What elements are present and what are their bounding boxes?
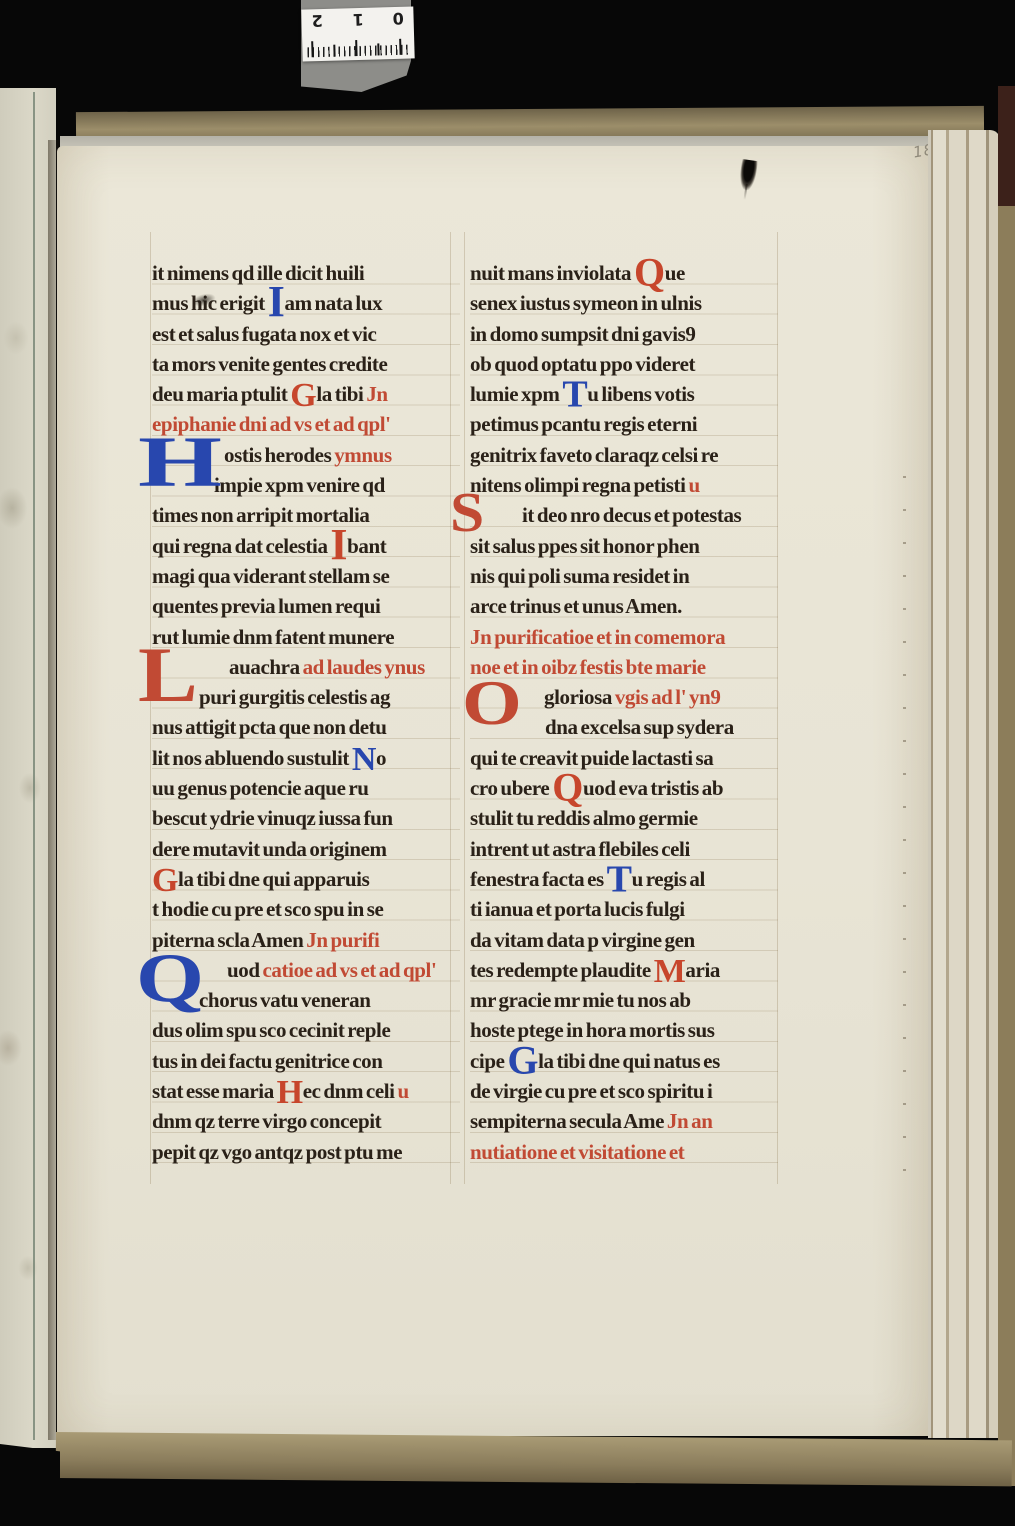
text-segment: est et salus fugata nox et vic — [152, 322, 376, 346]
text-segment: uu genus potencie aque ru — [152, 776, 369, 800]
text-segment: u — [397, 1079, 408, 1103]
text-segment: tus in dei factu genitrice con — [152, 1049, 383, 1073]
photo-background: { "photo": { "folio_number": "182", "rul… — [0, 0, 1015, 1526]
text-line: auachra ad laudes ynus — [152, 652, 460, 682]
text-segment: intrent ut astra flebiles celi — [470, 837, 690, 861]
text-segment: auachra — [229, 655, 303, 679]
text-segment: nutiatione et visitatione et — [470, 1140, 684, 1164]
text-line: stat esse maria Hec dnm celi u — [152, 1076, 460, 1106]
text-segment: sempiterna secula Ame — [470, 1109, 667, 1133]
ruler-label: 1 — [352, 10, 364, 29]
ruler-tick-major — [355, 40, 357, 56]
text-segment: uod — [227, 958, 263, 982]
text-line: ta mors venite gentes credite — [152, 349, 460, 379]
text-segment: genitrix faveto claraqz celsi re — [470, 443, 718, 467]
text-segment: dnm qz terre virgo concepit — [152, 1109, 381, 1133]
text-segment: petimus pcantu regis eterni — [470, 412, 697, 436]
text-line: genitrix faveto claraqz celsi re — [470, 440, 778, 470]
text-line: t hodie cu pre et sco spu in se — [152, 894, 460, 924]
text-segment: t hodie cu pre et sco spu in se — [152, 897, 383, 921]
background-wedge — [0, 1444, 60, 1526]
ruler-tick-mid — [377, 43, 379, 55]
text-segment: uod eva tristis ab — [583, 776, 723, 800]
text-segment: it deo nro decus et potestas — [522, 503, 741, 527]
text-segment: de virgie cu pre et sco spiritu i — [470, 1079, 712, 1103]
drop-initial: Q — [136, 947, 204, 1010]
text-segment: nuit mans inviolata — [470, 261, 634, 285]
inline-initial: G — [290, 377, 316, 414]
book-cover-fore-edge — [998, 86, 1015, 1486]
text-line: de virgie cu pre et sco spiritu i — [470, 1076, 778, 1106]
text-segment: dere mutavit unda originem — [152, 837, 387, 861]
text-line: Gla tibi dne qui apparuis — [152, 864, 460, 894]
text-segment: tes redempte plaudite — [470, 958, 654, 982]
text-segment: ec dnm celi — [303, 1079, 398, 1103]
text-segment: u libens votis — [587, 382, 694, 406]
text-line: it deo nro decus et potestas — [470, 500, 778, 530]
text-line: times non arripit mortalia — [152, 500, 460, 530]
text-line: uu genus potencie aque ru — [152, 773, 460, 803]
text-line: pepit qz vgo antqz post ptu me — [152, 1137, 460, 1167]
inline-initial: H — [277, 1074, 303, 1111]
text-segment: nitens olimpi regna petisti — [470, 473, 688, 497]
text-segment: ue — [665, 261, 685, 285]
text-line: qui te creavit puide lactasti sa — [470, 743, 778, 773]
text-segment: sit salus ppes sit honor phen — [470, 534, 700, 558]
text-segment: aria — [685, 958, 720, 982]
text-segment: lit nos abluendo sustulit — [152, 746, 352, 770]
text-segment: ad laudes ynus — [303, 655, 425, 679]
text-segment: impie xpm venire qd — [214, 473, 385, 497]
text-segment: dus olim spu sco cecinit reple — [152, 1018, 390, 1042]
text-line: nus attigit pcta que non detu — [152, 712, 460, 742]
text-segment: stat esse maria — [152, 1079, 277, 1103]
text-line: dus olim spu sco cecinit reple — [152, 1015, 460, 1045]
text-line: nitens olimpi regna petisti u — [470, 470, 778, 500]
text-segment: ti ianua et porta lucis fulgi — [470, 897, 685, 921]
text-segment: deu maria ptulit — [152, 382, 290, 406]
text-line: in domo sumpsit dni gavis9 — [470, 319, 778, 349]
text-segment: ymnus — [334, 443, 392, 467]
text-line: puri gurgitis celestis ag — [152, 682, 460, 712]
text-segment: lumie xpm — [470, 382, 562, 406]
text-line: Jn purificatioe et in comemora — [470, 622, 778, 652]
text-line: dere mutavit unda originem — [152, 834, 460, 864]
text-line: magi qua viderant stellam se — [152, 561, 460, 591]
text-segment: in domo sumpsit dni gavis9 — [470, 322, 696, 346]
text-segment: dna excelsa sup sydera — [545, 715, 734, 739]
text-segment: catioe ad vs et ad qpl' — [263, 958, 437, 982]
left-text-column: it nimens qd ille dicit huilimus hic eri… — [152, 258, 460, 1167]
text-segment: arce trinus et unus Amen. — [470, 594, 682, 618]
drop-initial: H — [138, 430, 221, 495]
text-segment: cro ubere — [470, 776, 552, 800]
text-segment: Jn purifi — [306, 928, 379, 952]
manuscript-photo: it nimens qd ille dicit huilimus hic eri… — [0, 0, 1015, 1526]
text-segment: u — [688, 473, 699, 497]
text-segment: pepit qz vgo antqz post ptu me — [152, 1140, 402, 1164]
text-segment: chorus vatu veneran — [199, 988, 371, 1012]
ruler-label: 2 — [311, 11, 323, 30]
text-line: tes redempte plaudite Maria — [470, 955, 778, 985]
text-segment: cipe — [470, 1049, 507, 1073]
text-line: ob quod optatu ppo videret — [470, 349, 778, 379]
text-segment: nis qui poli suma residet in — [470, 564, 689, 588]
text-line: tus in dei factu genitrice con — [152, 1046, 460, 1076]
text-line: mr gracie mr mie tu nos ab — [470, 985, 778, 1015]
text-segment: ostis herodes — [224, 443, 334, 467]
text-segment: mr gracie mr mie tu nos ab — [470, 988, 691, 1012]
text-segment: bescut ydrie vinuqz iussa fun — [152, 806, 393, 830]
text-line: qui regna dat celestia Ibant — [152, 531, 460, 561]
text-segment: Jn an — [667, 1109, 713, 1133]
text-line: sit salus ppes sit honor phen — [470, 531, 778, 561]
inline-initial: N — [352, 741, 376, 778]
right-text-column: nuit mans inviolata Quesenex iustus syme… — [470, 258, 778, 1167]
text-line: rut lumie dnm fatent munere — [152, 622, 460, 652]
text-segment: magi qua viderant stellam se — [152, 564, 389, 588]
drop-initial: O — [462, 674, 521, 732]
text-segment: bant — [347, 534, 386, 558]
pricking-marks — [903, 476, 906, 1176]
text-segment: quentes previa lumen requi — [152, 594, 380, 618]
text-line: dnm qz terre virgo concepit — [152, 1106, 460, 1136]
text-segment: ta mors venite gentes credite — [152, 352, 387, 376]
text-segment: vgis ad l' yn9 — [615, 685, 721, 709]
text-line: cro ubere Quod eva tristis ab — [470, 773, 778, 803]
text-line: nutiatione et visitatione et — [470, 1137, 778, 1167]
text-segment: la tibi dne qui apparuis — [178, 867, 369, 891]
text-segment: u regis al — [632, 867, 705, 891]
ruler-tick-mid — [333, 45, 335, 57]
inline-initial: G — [152, 862, 178, 899]
book-bottom-gilt-edge — [56, 1432, 1012, 1486]
text-line: cipe Gla tibi dne qui natus es — [470, 1046, 778, 1076]
inline-initial: M — [654, 953, 686, 990]
text-segment: Jn purificatioe et in comemora — [470, 625, 725, 649]
text-line: da vitam data p virgine gen — [470, 925, 778, 955]
text-line: deu maria ptulit Gla tibi Jn — [152, 379, 460, 409]
text-segment: qui regna dat celestia — [152, 534, 330, 558]
text-segment: da vitam data p virgine gen — [470, 928, 695, 952]
text-line: lumie xpm Tu libens votis — [470, 379, 778, 409]
text-segment: am nata lux — [284, 291, 382, 315]
text-line: quentes previa lumen requi — [152, 591, 460, 621]
text-line: ti ianua et porta lucis fulgi — [470, 894, 778, 924]
text-line: arce trinus et unus Amen. — [470, 591, 778, 621]
text-line: bescut ydrie vinuqz iussa fun — [152, 803, 460, 833]
glass-edge-line — [33, 92, 35, 1440]
text-line: senex iustus symeon in ulnis — [470, 288, 778, 318]
text-line: stulit tu reddis almo germie — [470, 803, 778, 833]
text-segment: Jn — [366, 382, 387, 406]
text-segment: gloriosa — [544, 685, 615, 709]
text-segment: nus attigit pcta que non detu — [152, 715, 387, 739]
manuscript-page: it nimens qd ille dicit huilimus hic eri… — [57, 146, 933, 1436]
text-segment: puri gurgitis celestis ag — [199, 685, 390, 709]
text-segment: qui te creavit puide lactasti sa — [470, 746, 713, 770]
text-segment: stulit tu reddis almo germie — [470, 806, 698, 830]
drop-initial: L — [138, 640, 197, 710]
text-line: nis qui poli suma residet in — [470, 561, 778, 591]
ruler: 2 1 0 — [301, 6, 414, 61]
text-segment: fenestra facta es — [470, 867, 607, 891]
ruler-tick-major — [399, 39, 401, 55]
text-line: nuit mans inviolata Que — [470, 258, 778, 288]
text-line: est et salus fugata nox et vic — [152, 319, 460, 349]
text-segment: la tibi — [316, 382, 366, 406]
text-line: lit nos abluendo sustulit No — [152, 743, 460, 773]
text-line: petimus pcantu regis eterni — [470, 409, 778, 439]
page-edge-stack — [928, 130, 1000, 1438]
text-segment: it nimens qd ille dicit huili — [152, 261, 364, 285]
drop-initial: S — [450, 488, 484, 538]
text-line: it nimens qd ille dicit huili — [152, 258, 460, 288]
text-segment: senex iustus symeon in ulnis — [470, 291, 702, 315]
text-segment: la tibi dne qui natus es — [538, 1049, 720, 1073]
text-segment: o — [376, 746, 386, 770]
text-line: fenestra facta es Tu regis al — [470, 864, 778, 894]
ruler-tick-major — [311, 41, 313, 57]
text-line: sempiterna secula Ame Jn an — [470, 1106, 778, 1136]
ruler-label: 0 — [392, 9, 404, 28]
ruler-ticks — [307, 45, 409, 58]
text-segment: ob quod optatu ppo videret — [470, 352, 695, 376]
